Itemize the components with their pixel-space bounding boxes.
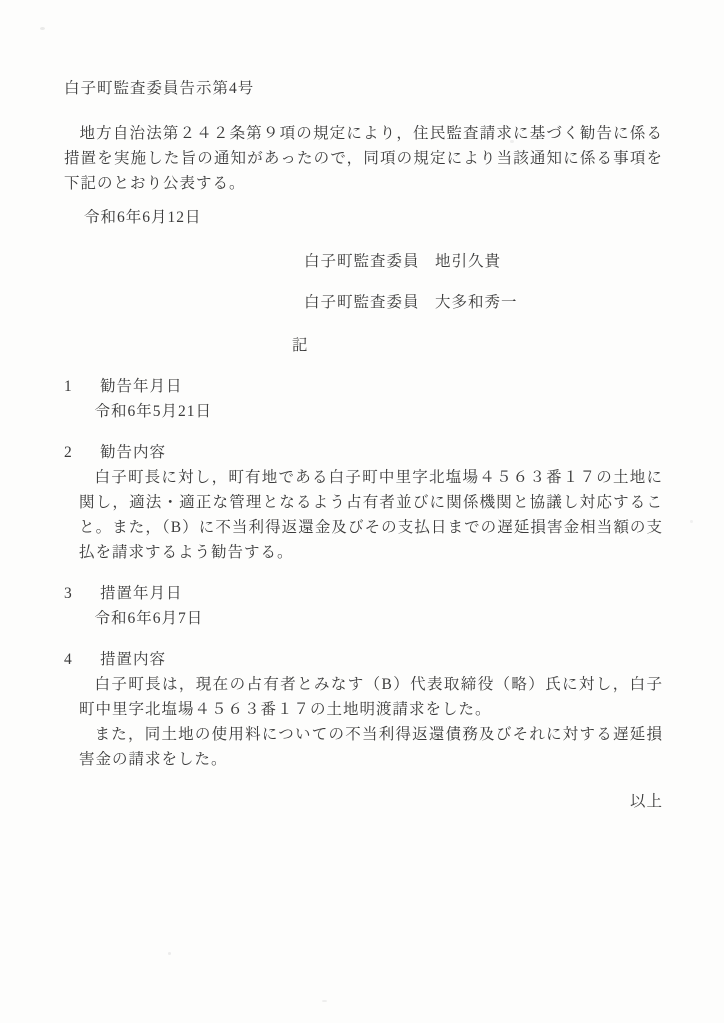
scan-speckle bbox=[322, 1000, 327, 1002]
doc-number: 白子町監査委員告示第4号 bbox=[64, 78, 663, 100]
item-paragraph: 令和6年6月7日 bbox=[79, 606, 663, 631]
item-title: 勧告内容 bbox=[100, 440, 166, 465]
closing-marker: 以上 bbox=[64, 789, 663, 814]
scan-speckle bbox=[510, 140, 514, 143]
item-2: 2 勧告内容 白子町長に対し，町有地である白子町中里字北塩場４５６３番１７の土地… bbox=[64, 440, 663, 565]
item-title: 勧告年月日 bbox=[100, 374, 183, 399]
item-number: 1 bbox=[64, 374, 100, 399]
signer-name: 地引久貴 bbox=[435, 253, 501, 270]
item-title: 措置年月日 bbox=[100, 581, 183, 606]
item-2-body: 白子町長に対し，町有地である白子町中里字北塩場４５６３番１７の土地に関し，適法・… bbox=[79, 465, 663, 565]
item-4-heading: 4 措置内容 bbox=[64, 647, 663, 672]
scan-speckle bbox=[168, 952, 171, 955]
scanned-document-page: 白子町監査委員告示第4号 地方自治法第２４２条第９項の規定により，住民監査請求に… bbox=[0, 0, 724, 1023]
item-4-body: 白子町長は，現在の占有者とみなす（B）代表取締役（略）氏に対し，白子町中里字北塩… bbox=[79, 672, 663, 772]
signer-line: 白子町監査委員地引久貴 bbox=[64, 249, 663, 274]
item-number: 3 bbox=[64, 581, 100, 606]
scan-speckle bbox=[690, 520, 693, 523]
signers-block: 白子町監査委員地引久貴 白子町監査委員大多和秀一 bbox=[64, 249, 663, 315]
intro-paragraph: 地方自治法第２４２条第９項の規定により，住民監査請求に基づく勧告に係る措置を実施… bbox=[64, 121, 663, 196]
signer-title: 白子町監査委員 bbox=[304, 294, 420, 311]
item-1-body: 令和6年5月21日 bbox=[79, 399, 663, 424]
record-marker: 記 bbox=[64, 333, 663, 358]
item-paragraph: 白子町長に対し，町有地である白子町中里字北塩場４５６３番１７の土地に関し，適法・… bbox=[79, 465, 663, 565]
item-paragraph: また，同土地の使用料についての不当利得返還債務及びそれに対する遅延損害金の請求を… bbox=[79, 722, 663, 772]
scan-speckle bbox=[40, 27, 45, 30]
item-number: 4 bbox=[64, 647, 100, 672]
item-3-heading: 3 措置年月日 bbox=[64, 581, 663, 606]
signer-name: 大多和秀一 bbox=[435, 294, 518, 311]
item-2-heading: 2 勧告内容 bbox=[64, 440, 663, 465]
item-1: 1 勧告年月日 令和6年5月21日 bbox=[64, 374, 663, 424]
item-3-body: 令和6年6月7日 bbox=[79, 606, 663, 631]
item-paragraph: 白子町長は，現在の占有者とみなす（B）代表取締役（略）氏に対し，白子町中里字北塩… bbox=[79, 672, 663, 722]
issue-date: 令和6年6月12日 bbox=[64, 205, 663, 230]
item-title: 措置内容 bbox=[100, 647, 166, 672]
item-number: 2 bbox=[64, 440, 100, 465]
signer-line: 白子町監査委員大多和秀一 bbox=[64, 290, 663, 315]
signer-title: 白子町監査委員 bbox=[304, 253, 420, 270]
item-1-heading: 1 勧告年月日 bbox=[64, 374, 663, 399]
item-3: 3 措置年月日 令和6年6月7日 bbox=[64, 581, 663, 631]
item-4: 4 措置内容 白子町長は，現在の占有者とみなす（B）代表取締役（略）氏に対し，白… bbox=[64, 647, 663, 772]
item-paragraph: 令和6年5月21日 bbox=[79, 399, 663, 424]
